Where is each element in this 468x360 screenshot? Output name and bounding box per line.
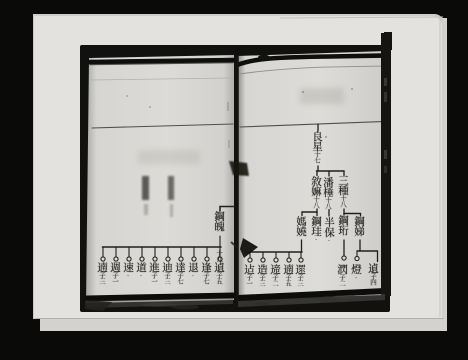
node-name: 半保 <box>323 217 335 237</box>
tree-node-gen3: 媽嬈 <box>295 216 308 236</box>
node-name: 潘棰 <box>322 177 334 197</box>
node-annot: 十八 <box>312 196 320 208</box>
node-annot: 子一 <box>150 272 158 284</box>
tree-node-gen1: 良星十七 <box>311 131 324 163</box>
node-annot: · <box>352 274 360 282</box>
node-annot: 十九 <box>215 250 223 262</box>
node-name: 迪 <box>161 262 173 272</box>
node-annot: 子二 <box>338 274 346 286</box>
node-annot: 子二 <box>271 274 279 286</box>
tree-node: 遉子五 <box>213 262 226 284</box>
tree-node: 遉子四 <box>367 263 380 285</box>
book-right-page <box>238 50 388 299</box>
node-annot: 子一 <box>111 272 119 284</box>
node-annot: 十七 <box>313 151 321 163</box>
node-annot: 子三 <box>296 274 304 286</box>
node-annot: 子一 <box>245 274 253 286</box>
node-name: 造 <box>256 264 268 274</box>
tree-node-gen2: 三種十八 <box>337 175 350 207</box>
node-name: 退 <box>187 262 199 272</box>
node-annot: 子七 <box>202 272 210 284</box>
node-annot: · <box>137 272 145 280</box>
node-annot: 十八 <box>339 195 347 207</box>
node-annot: 十八 <box>324 197 332 209</box>
node-name: 遆 <box>269 264 281 274</box>
node-annot: 子五 <box>215 272 223 284</box>
tree-node-gen3: 鋼珩 <box>337 215 350 235</box>
node-name: 達 <box>174 262 186 272</box>
tree-node: 燈· <box>350 264 363 282</box>
node-annot: 子七 <box>176 272 184 284</box>
node-name: 遉 <box>213 262 225 272</box>
node-name: 鋼珪 <box>310 216 322 236</box>
node-annot: 子四 <box>369 273 377 285</box>
node-name: 燈 <box>350 264 362 274</box>
node-name: 道 <box>135 262 147 272</box>
node-name: 速 <box>122 262 134 272</box>
tree-node: 㴸子二 <box>336 264 349 286</box>
node-name: 媽嬈 <box>295 216 307 236</box>
node-annot: 子三 <box>98 272 106 284</box>
node-name: 遖 <box>96 262 108 272</box>
node-name: 遝 <box>294 264 306 274</box>
node-name: 㴸 <box>336 264 348 274</box>
node-name: 逢 <box>200 262 212 272</box>
node-annot: 子三 <box>258 274 266 286</box>
node-name: 鋼娣 <box>353 216 365 236</box>
node-name: 良星 <box>311 131 323 151</box>
node-annot: · <box>325 237 333 245</box>
node-name: 進 <box>148 262 160 272</box>
node-name: 三種 <box>337 175 349 195</box>
node-annot: · <box>124 272 132 280</box>
photo-edge-notch <box>384 32 392 50</box>
node-name: 遉 <box>367 263 379 273</box>
tree-node-gen3: 鋼娣 <box>353 216 366 236</box>
node-name: 鋼魄 <box>213 211 225 231</box>
node-annot: 子五 <box>284 274 292 286</box>
node-annot: 子三 <box>163 272 171 284</box>
scanned-genealogy-page: 鋼魄 十九 遖子三 週子一 速· 道· 進子一 迪子三 達子七 退· 逢子七 遉… <box>0 0 468 360</box>
node-name: 鋼珩 <box>337 215 349 235</box>
tree-node-gen2: 潘棰十八 <box>322 177 335 209</box>
node-annot: · <box>312 236 320 244</box>
tree-node: 遝子三 <box>294 264 307 286</box>
tree-node-left-parent: 鋼魄 十九 <box>213 211 226 262</box>
node-name: 週 <box>109 262 121 272</box>
node-name: 迠 <box>243 264 255 274</box>
node-annot: · <box>189 272 197 280</box>
tree-node-gen3: 半保· <box>323 217 336 245</box>
